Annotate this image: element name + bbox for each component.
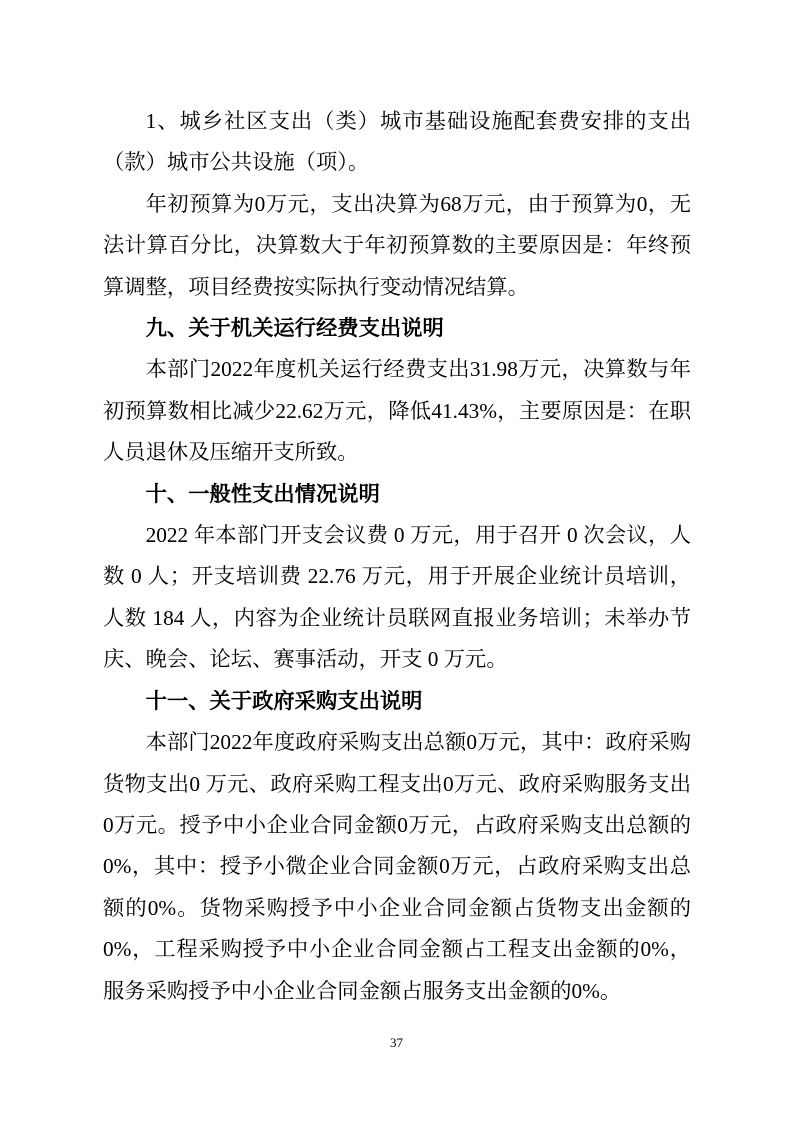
paragraph-subitem-urban-community-expenditure: 1、城乡社区支出（类）城市基础设施配套费安排的支出（款）城市公共设施（项）。 xyxy=(103,101,691,184)
paragraph-general-expenditure-detail: 2022 年本部门开支会议费 0 万元，用于召开 0 次会议，人数 0 人；开支… xyxy=(103,515,691,681)
section-heading-11-government-procurement: 十一、关于政府采购支出说明 xyxy=(103,681,691,722)
paragraph-budget-vs-final-explanation: 年初预算为0万元，支出决算为68万元，由于预算为0，无法计算百分比，决算数大于年… xyxy=(103,184,691,308)
section-heading-9-agency-operating-expenses: 九、关于机关运行经费支出说明 xyxy=(103,308,691,349)
section-heading-10-general-expenditure: 十、一般性支出情况说明 xyxy=(103,474,691,515)
page-number: 37 xyxy=(0,1034,793,1052)
document-body: 1、城乡社区支出（类）城市基础设施配套费安排的支出（款）城市公共设施（项）。 年… xyxy=(103,101,691,1012)
paragraph-agency-operating-expenses-detail: 本部门2022年度机关运行经费支出31.98万元，决算数与年初预算数相比减少22… xyxy=(103,349,691,473)
document-page: 1、城乡社区支出（类）城市基础设施配套费安排的支出（款）城市公共设施（项）。 年… xyxy=(0,0,793,1122)
paragraph-government-procurement-detail: 本部门2022年度政府采购支出总额0万元，其中：政府采购货物支出0 万元、政府采… xyxy=(103,722,691,1012)
